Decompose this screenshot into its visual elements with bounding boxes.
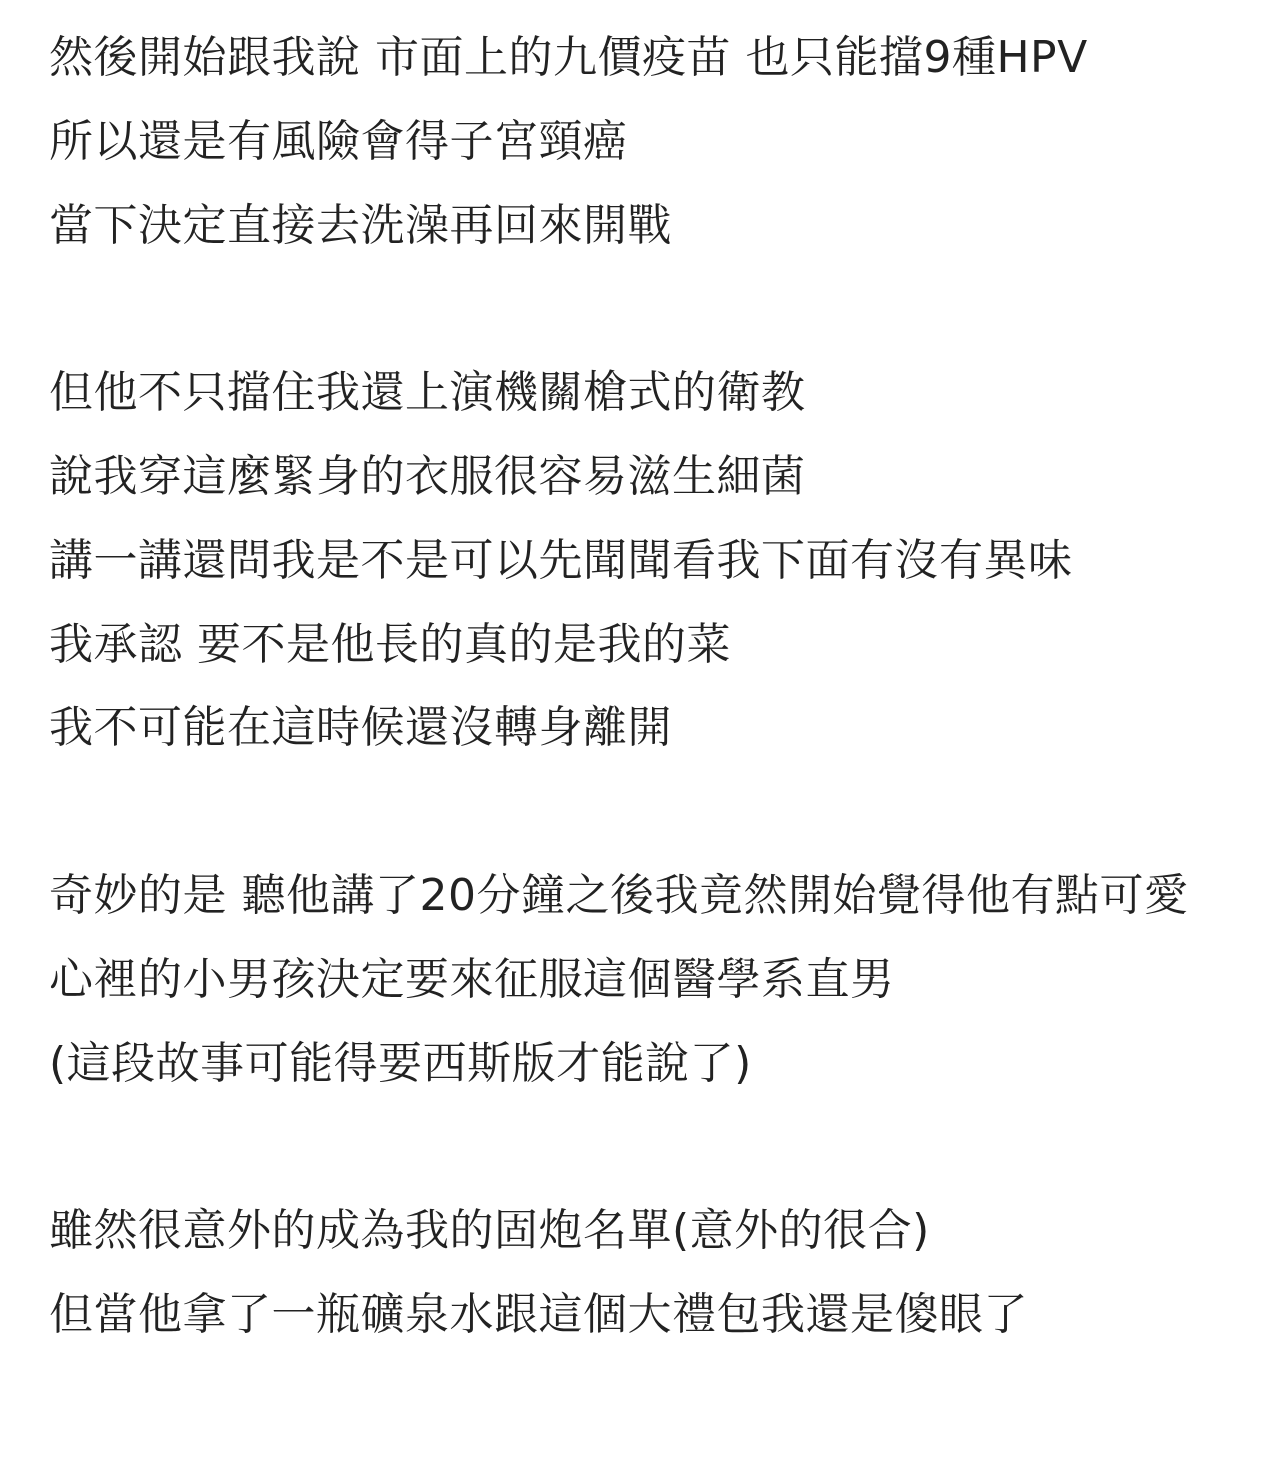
text-line: 奇妙的是 聽他講了20分鐘之後我竟然開始覺得他有點可愛: [49, 854, 1239, 938]
text-line: 然後開始跟我說 市面上的九價疫苗 也只能擋9種HPV: [49, 16, 1239, 100]
paragraph-spacer: [49, 1105, 1239, 1189]
post-body: 然後開始跟我說 市面上的九價疫苗 也只能擋9種HPV 所以還是有風險會得子宮頸癌…: [49, 16, 1239, 1357]
text-line: 講一講還問我是不是可以先聞聞看我下面有沒有異味: [49, 519, 1239, 603]
text-line: 說我穿這麼緊身的衣服很容易滋生細菌: [49, 435, 1239, 519]
text-line: 但當他拿了一瓶礦泉水跟這個大禮包我還是傻眼了: [49, 1273, 1239, 1357]
text-line: 心裡的小男孩決定要來征服這個醫學系直男: [49, 938, 1239, 1022]
paragraph-3: 奇妙的是 聽他講了20分鐘之後我竟然開始覺得他有點可愛 心裡的小男孩決定要來征服…: [49, 854, 1239, 1105]
text-line: 所以還是有風險會得子宮頸癌: [49, 100, 1239, 184]
text-line: 我不可能在這時候還沒轉身離開: [49, 686, 1239, 770]
text-line: (這段故事可能得要西斯版才能說了): [49, 1022, 1239, 1106]
paragraph-4: 雖然很意外的成為我的固炮名單(意外的很合) 但當他拿了一瓶礦泉水跟這個大禮包我還…: [49, 1189, 1239, 1357]
text-line: 雖然很意外的成為我的固炮名單(意外的很合): [49, 1189, 1239, 1273]
paragraph-1: 然後開始跟我說 市面上的九價疫苗 也只能擋9種HPV 所以還是有風險會得子宮頸癌…: [49, 16, 1239, 267]
text-line: 但他不只擋住我還上演機關槍式的衛教: [49, 351, 1239, 435]
text-line: 當下決定直接去洗澡再回來開戰: [49, 184, 1239, 268]
text-line: 我承認 要不是他長的真的是我的菜: [49, 603, 1239, 687]
paragraph-spacer: [49, 770, 1239, 854]
paragraph-spacer: [49, 267, 1239, 351]
paragraph-2: 但他不只擋住我還上演機關槍式的衛教 說我穿這麼緊身的衣服很容易滋生細菌 講一講還…: [49, 351, 1239, 770]
